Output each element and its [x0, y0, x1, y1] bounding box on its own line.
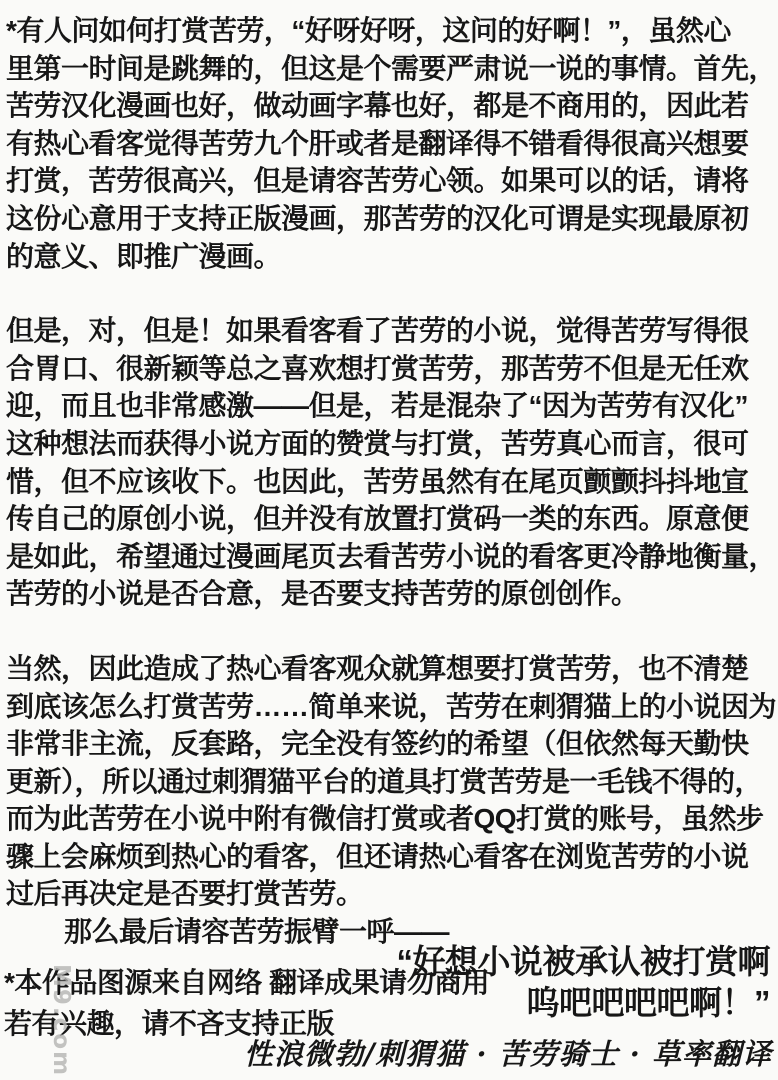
text-line: 惜，但不应该收下。也因此，苦劳虽然有在尾页颤颤抖抖地宣	[6, 463, 778, 501]
text-line: 而为此苦劳在小说中附有微信打赏或者QQ打赏的账号，虽然步	[6, 800, 778, 838]
paragraph-how-to-tip: 当然，因此造成了热心看客观众就算想要打赏苦劳，也不清楚到底该怎么打赏苦劳……简单…	[6, 650, 778, 913]
text-line: *有人问如何打赏苦劳，“好呀好呀，这问的好啊！”，虽然心	[6, 12, 778, 50]
translator-signature: 性浪微勃/刺猬猫 · 苦劳骑士 · 草率翻译	[244, 1032, 772, 1073]
text-line: 这份心意用于支持正版漫画，那苦劳的汉化可谓是实现最原初	[6, 200, 778, 238]
text-line: 传自己的原创小说，但并没有放置打赏码一类的东西。原意便	[6, 500, 778, 538]
text-line: 这种想法而获得小说方面的赞赏与打赏，苦劳真心而言，很可	[6, 425, 778, 463]
paragraph-donation-novel: 但是，对，但是！如果看客看了苦劳的小说，觉得苦劳写得很合胃口、很新颖等总之喜欢想…	[6, 312, 778, 613]
text-line: 苦劳汉化漫画也好，做动画字幕也好，都是不商用的，因此若	[6, 87, 778, 125]
text-line: 但是，对，但是！如果看客看了苦劳的小说，觉得苦劳写得很	[6, 312, 778, 350]
text-line: 非常非主流，反套路，完全没有签约的希望（但依然每天勤快	[6, 725, 778, 763]
site-watermark: M9.com	[48, 964, 74, 1077]
text-line: 打赏，苦劳很高兴，但是请容苦劳心领。如果可以的话，请将	[6, 162, 778, 200]
text-line: 迎，而且也非常感激——但是，若是混杂了“因为苦劳有汉化”	[6, 387, 778, 425]
text-line: 骤上会麻烦到热心的看客，但还请热心看客在浏览苦劳的小说	[6, 838, 778, 876]
main-text: *有人问如何打赏苦劳，“好呀好呀，这问的好啊！”，虽然心里第一时间是跳舞的，但这…	[6, 12, 778, 951]
text-line: 当然，因此造成了热心看客观众就算想要打赏苦劳，也不清楚	[6, 650, 778, 688]
text-line: 合胃口、很新颖等总之喜欢想打赏苦劳，那苦劳不但是无任欢	[6, 350, 778, 388]
disclaimer-line-1: *本作品图源来自网络 翻译成果请勿商用	[4, 962, 489, 1003]
text-line: 到底该怎么打赏苦劳……简单来说，苦劳在刺猬猫上的小说因为	[6, 688, 778, 726]
text-line: 是如此，希望通过漫画尾页去看苦劳小说的看客更冷静地衡量，	[6, 538, 778, 576]
text-line: 有热心看客觉得苦劳九个肝或者是翻译得不错看得很高兴想要	[6, 125, 778, 163]
text-line: 过后再决定是否要打赏苦劳。	[6, 875, 778, 913]
translator-notes-page: *有人问如何打赏苦劳，“好呀好呀，这问的好啊！”，虽然心里第一时间是跳舞的，但这…	[0, 0, 778, 1080]
paragraph-donation-manga: *有人问如何打赏苦劳，“好呀好呀，这问的好啊！”，虽然心里第一时间是跳舞的，但这…	[6, 12, 778, 275]
text-line: 更新），所以通过刺猬猫平台的道具打赏苦劳是一毛钱不得的，	[6, 763, 778, 801]
text-line: 的意义、即推广漫画。	[6, 238, 778, 276]
text-line: 苦劳的小说是否合意，是否要支持苦劳的原创创作。	[6, 575, 778, 613]
text-line: 里第一时间是跳舞的，但这是个需要严肃说一说的事情。首先，	[6, 50, 778, 88]
